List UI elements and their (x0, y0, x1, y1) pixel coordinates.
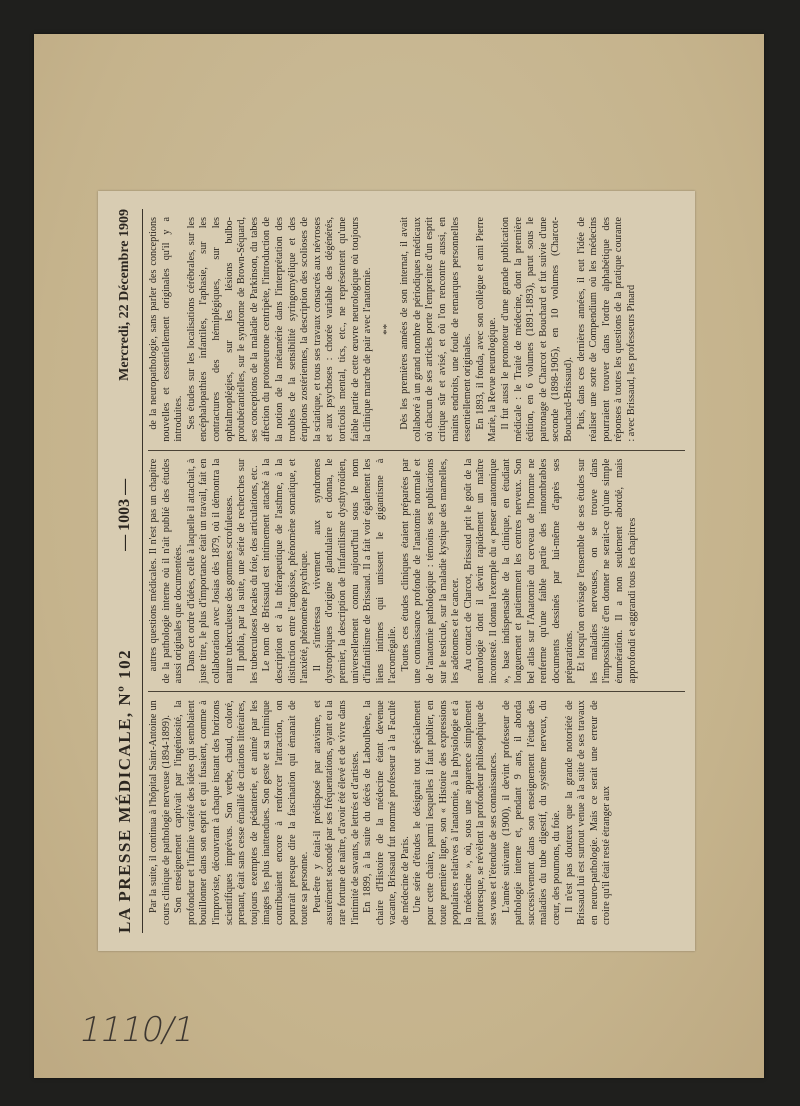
paragraph: L'année suivante (1900), il devint profe… (501, 700, 564, 925)
paragraph: Au contact de Charcot, Brissaud prit le … (463, 459, 576, 684)
rotated-page: LA PRESSE MÉDICALE, Nº 102 — 1003 — Merc… (98, 191, 695, 951)
paragraph: Il n'est pas douteux que la grande notor… (564, 700, 614, 925)
handwritten-annotation: 1110/1 (76, 1010, 198, 1050)
paragraph: Une série d'études le désignait tout spé… (412, 700, 500, 925)
asterism-separator: ** (381, 217, 394, 442)
paragraph: Par la suite, il continua à l'hôpital Sa… (148, 700, 173, 925)
paragraph: Et lorsqu'on envisage l'ensemble de ses … (576, 459, 639, 684)
paragraph: de la neuropathologie, sans parler des c… (148, 217, 186, 442)
paragraph: Le nom de Brissaud est intimement attach… (261, 459, 311, 684)
paragraph: Puis, dans ces dernières années, il eut … (576, 217, 639, 442)
paragraph: Dès les premières années de son internat… (399, 217, 475, 442)
page-number: — 1003 — (116, 479, 134, 551)
paragraph: autres questions médicales. Il n'est pas… (148, 459, 186, 684)
paragraph: Ses études sur les localisations cérébra… (186, 217, 375, 442)
paragraph: Il fut aussi le promoteur d'une grande p… (500, 217, 576, 442)
paragraph: Toutes ces études cliniques étaient prép… (400, 459, 463, 684)
paragraph: Dans cet ordre d'idées, celle à laquelle… (186, 459, 236, 684)
paragraph: Il publia, par la suite, une série de re… (236, 459, 261, 684)
newspaper-clipping: LA PRESSE MÉDICALE, Nº 102 — 1003 — Merc… (98, 191, 695, 951)
article-columns: Par la suite, il continua à l'hôpital Sa… (148, 209, 685, 933)
column-1: Par la suite, il continua à l'hôpital Sa… (148, 692, 685, 933)
column-3: de la neuropathologie, sans parler des c… (148, 209, 685, 451)
paragraph: En 1899, à la suite du décès de Laboulbè… (362, 700, 412, 925)
paragraph: En 1893, il fonda, avec son collègue et … (475, 217, 500, 442)
column-2: autres questions médicales. Il n'est pas… (148, 451, 685, 693)
journal-title: LA PRESSE MÉDICALE, Nº 102 (115, 649, 135, 933)
paragraph: Peut-être y était-il prédisposé par atav… (312, 700, 362, 925)
page-header: LA PRESSE MÉDICALE, Nº 102 — 1003 — Merc… (108, 209, 143, 933)
paragraph: Il s'intéressa vivement aux syndromes dy… (312, 459, 400, 684)
issue-date: Mercredi, 22 Décembre 1909 (117, 209, 133, 381)
paragraph: Son enseignement captivait par l'ingénio… (173, 700, 312, 925)
